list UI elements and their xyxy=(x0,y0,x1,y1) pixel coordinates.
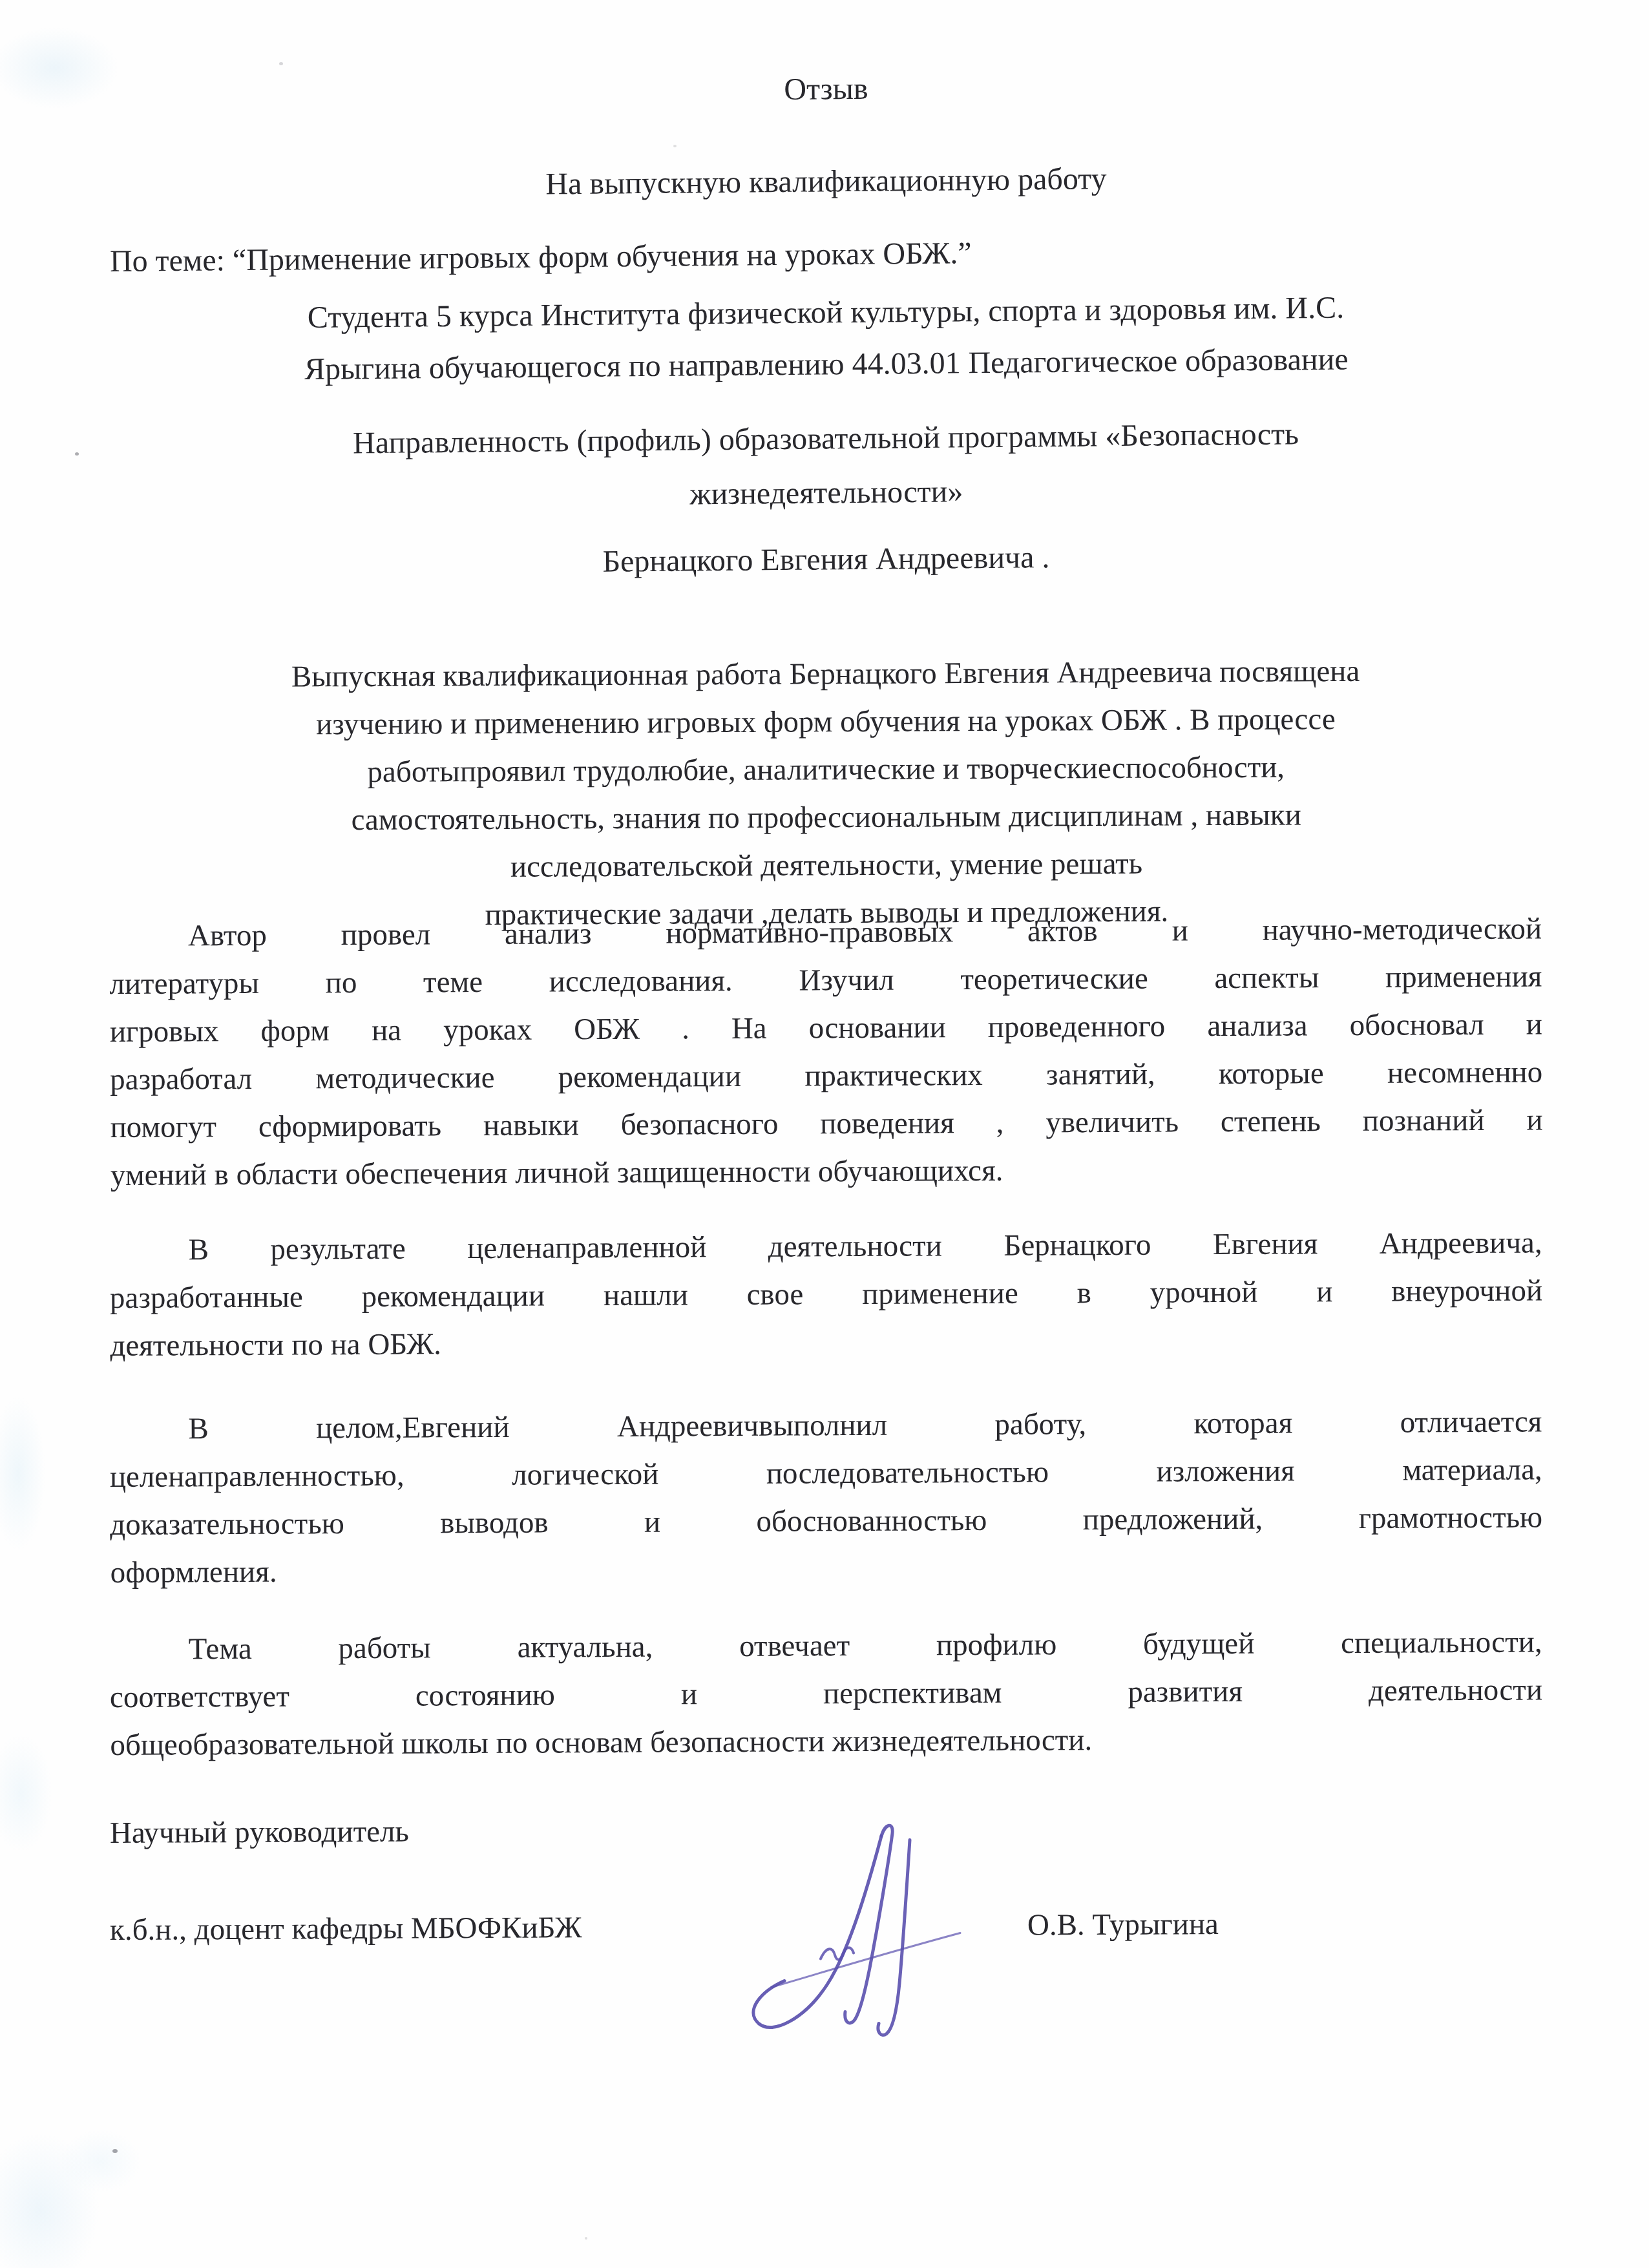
paragraph-summary: Выпускная квалификационная работа Бернац… xyxy=(109,646,1543,941)
signature-ink-icon xyxy=(743,1817,963,2042)
paragraph-results: В результате целенаправленной деятельнос… xyxy=(109,1219,1542,1370)
student-line: Студента 5 курса Института физической ку… xyxy=(109,280,1542,397)
scanned-review-document: Отзыв На выпускную квалификационную рабо… xyxy=(0,0,1649,2268)
paragraph-line: общеобразовательной школы по основам без… xyxy=(110,1714,1542,1769)
author-line: Бернацкого Евгения Андреевича . xyxy=(110,529,1543,591)
supervisor-name: О.В. Турыгина xyxy=(1027,1900,1219,1949)
paragraph-line: деятельности по на ОБЖ. xyxy=(110,1314,1542,1370)
handwritten-signature xyxy=(743,1817,963,2042)
paragraph-line: разработал методические рекомендации пра… xyxy=(110,1048,1542,1104)
paragraph-line: умений в области обеспечения личной защи… xyxy=(110,1144,1543,1199)
signature-stroke xyxy=(821,1948,854,1959)
paragraph-line: целенаправленностью, логической последов… xyxy=(110,1445,1542,1501)
signature-stroke xyxy=(878,1840,910,2035)
paragraph-line: помогут сформировать навыки безопасного … xyxy=(110,1096,1542,1151)
paragraph-line: доказательностью выводов и обоснованност… xyxy=(110,1493,1542,1549)
paragraph-line: В результате целенаправленной деятельнос… xyxy=(109,1219,1542,1274)
topic-line: По теме: “Применение игровых форм обучен… xyxy=(110,224,1543,286)
program-line: Направленность (профиль) образовательной… xyxy=(109,405,1543,527)
paragraph-line: Автор провел анализ нормативно-правовых … xyxy=(109,905,1542,960)
paragraph-line: литературы по теме исследования. Изучил … xyxy=(109,952,1542,1008)
paragraph-evaluation: В целом,Евгений Андреевичвыполнил работу… xyxy=(109,1398,1543,1597)
paragraph-relevance: Тема работы актуальна, отвечает профилю … xyxy=(109,1618,1542,1769)
paragraph-analysis: Автор провел анализ нормативно-правовых … xyxy=(109,905,1543,1199)
signature-stroke xyxy=(845,1825,892,2023)
paragraph-line: игровых форм на уроках ОБЖ . На основани… xyxy=(110,1000,1542,1056)
paragraph-line: В целом,Евгений Андреевичвыполнил работу… xyxy=(109,1398,1542,1453)
scan-speck xyxy=(75,452,79,456)
paragraph-line: Тема работы актуальна, отвечает профилю … xyxy=(109,1618,1542,1674)
document-subtitle: На выпускную квалификационную работу xyxy=(110,151,1543,213)
paragraph-line: оформления. xyxy=(110,1541,1542,1597)
paragraph-line: разработанные рекомендации нашли свое пр… xyxy=(110,1266,1542,1322)
supervisor-credentials: к.б.н., доцент кафедры МБОФКиБЖ xyxy=(110,1911,582,1947)
document-title: Отзыв xyxy=(110,59,1543,120)
paragraph-line: соответствует состоянию и перспективам р… xyxy=(110,1666,1542,1721)
